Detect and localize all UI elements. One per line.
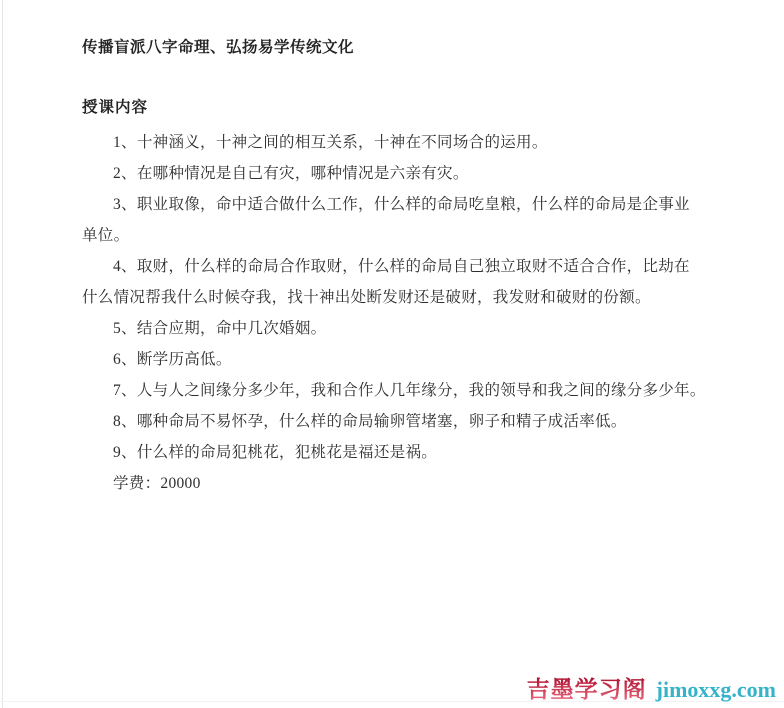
page-left-edge [2, 0, 3, 708]
course-item-7: 7、人与人之间缘分多少年，我和合作人几年缘分，我的领导和我之间的缘分多少年。 [82, 375, 734, 406]
section-heading: 授课内容 [82, 98, 734, 118]
course-item-8: 8、哪种命局不易怀孕，什么样的命局输卵管堵塞，卵子和精子成活率低。 [82, 406, 734, 437]
course-item-4: 4、取财，什么样的命局合作取财，什么样的命局自己独立取财不适合合作，比劫在 什么… [82, 251, 734, 313]
course-item-3: 3、职业取像，命中适合做什么工作，什么样的命局吃皇粮，什么样的命局是企事业 单位… [82, 189, 734, 251]
watermark: 吉墨学习阁 jimoxxg.com [527, 671, 776, 704]
tuition-line: 学费：20000 [82, 468, 734, 499]
course-item-1: 1、十神涵义，十神之间的相互关系，十神在不同场合的运用。 [82, 127, 734, 158]
watermark-site-url: jimoxxg.com [656, 677, 776, 703]
course-item-5: 5、结合应期，命中几次婚姻。 [82, 313, 734, 344]
document-title: 传播盲派八字命理、弘扬易学传统文化 [82, 38, 734, 58]
course-item-6: 6、断学历高低。 [82, 344, 734, 375]
document-page: 传播盲派八字命理、弘扬易学传统文化 授课内容 1、十神涵义，十神之间的相互关系，… [82, 38, 734, 499]
course-item-2: 2、在哪种情况是自己有灾，哪种情况是六亲有灾。 [82, 158, 734, 189]
watermark-site-name: 吉墨学习阁 [527, 671, 647, 704]
course-item-9: 9、什么样的命局犯桃花，犯桃花是福还是祸。 [82, 437, 734, 468]
